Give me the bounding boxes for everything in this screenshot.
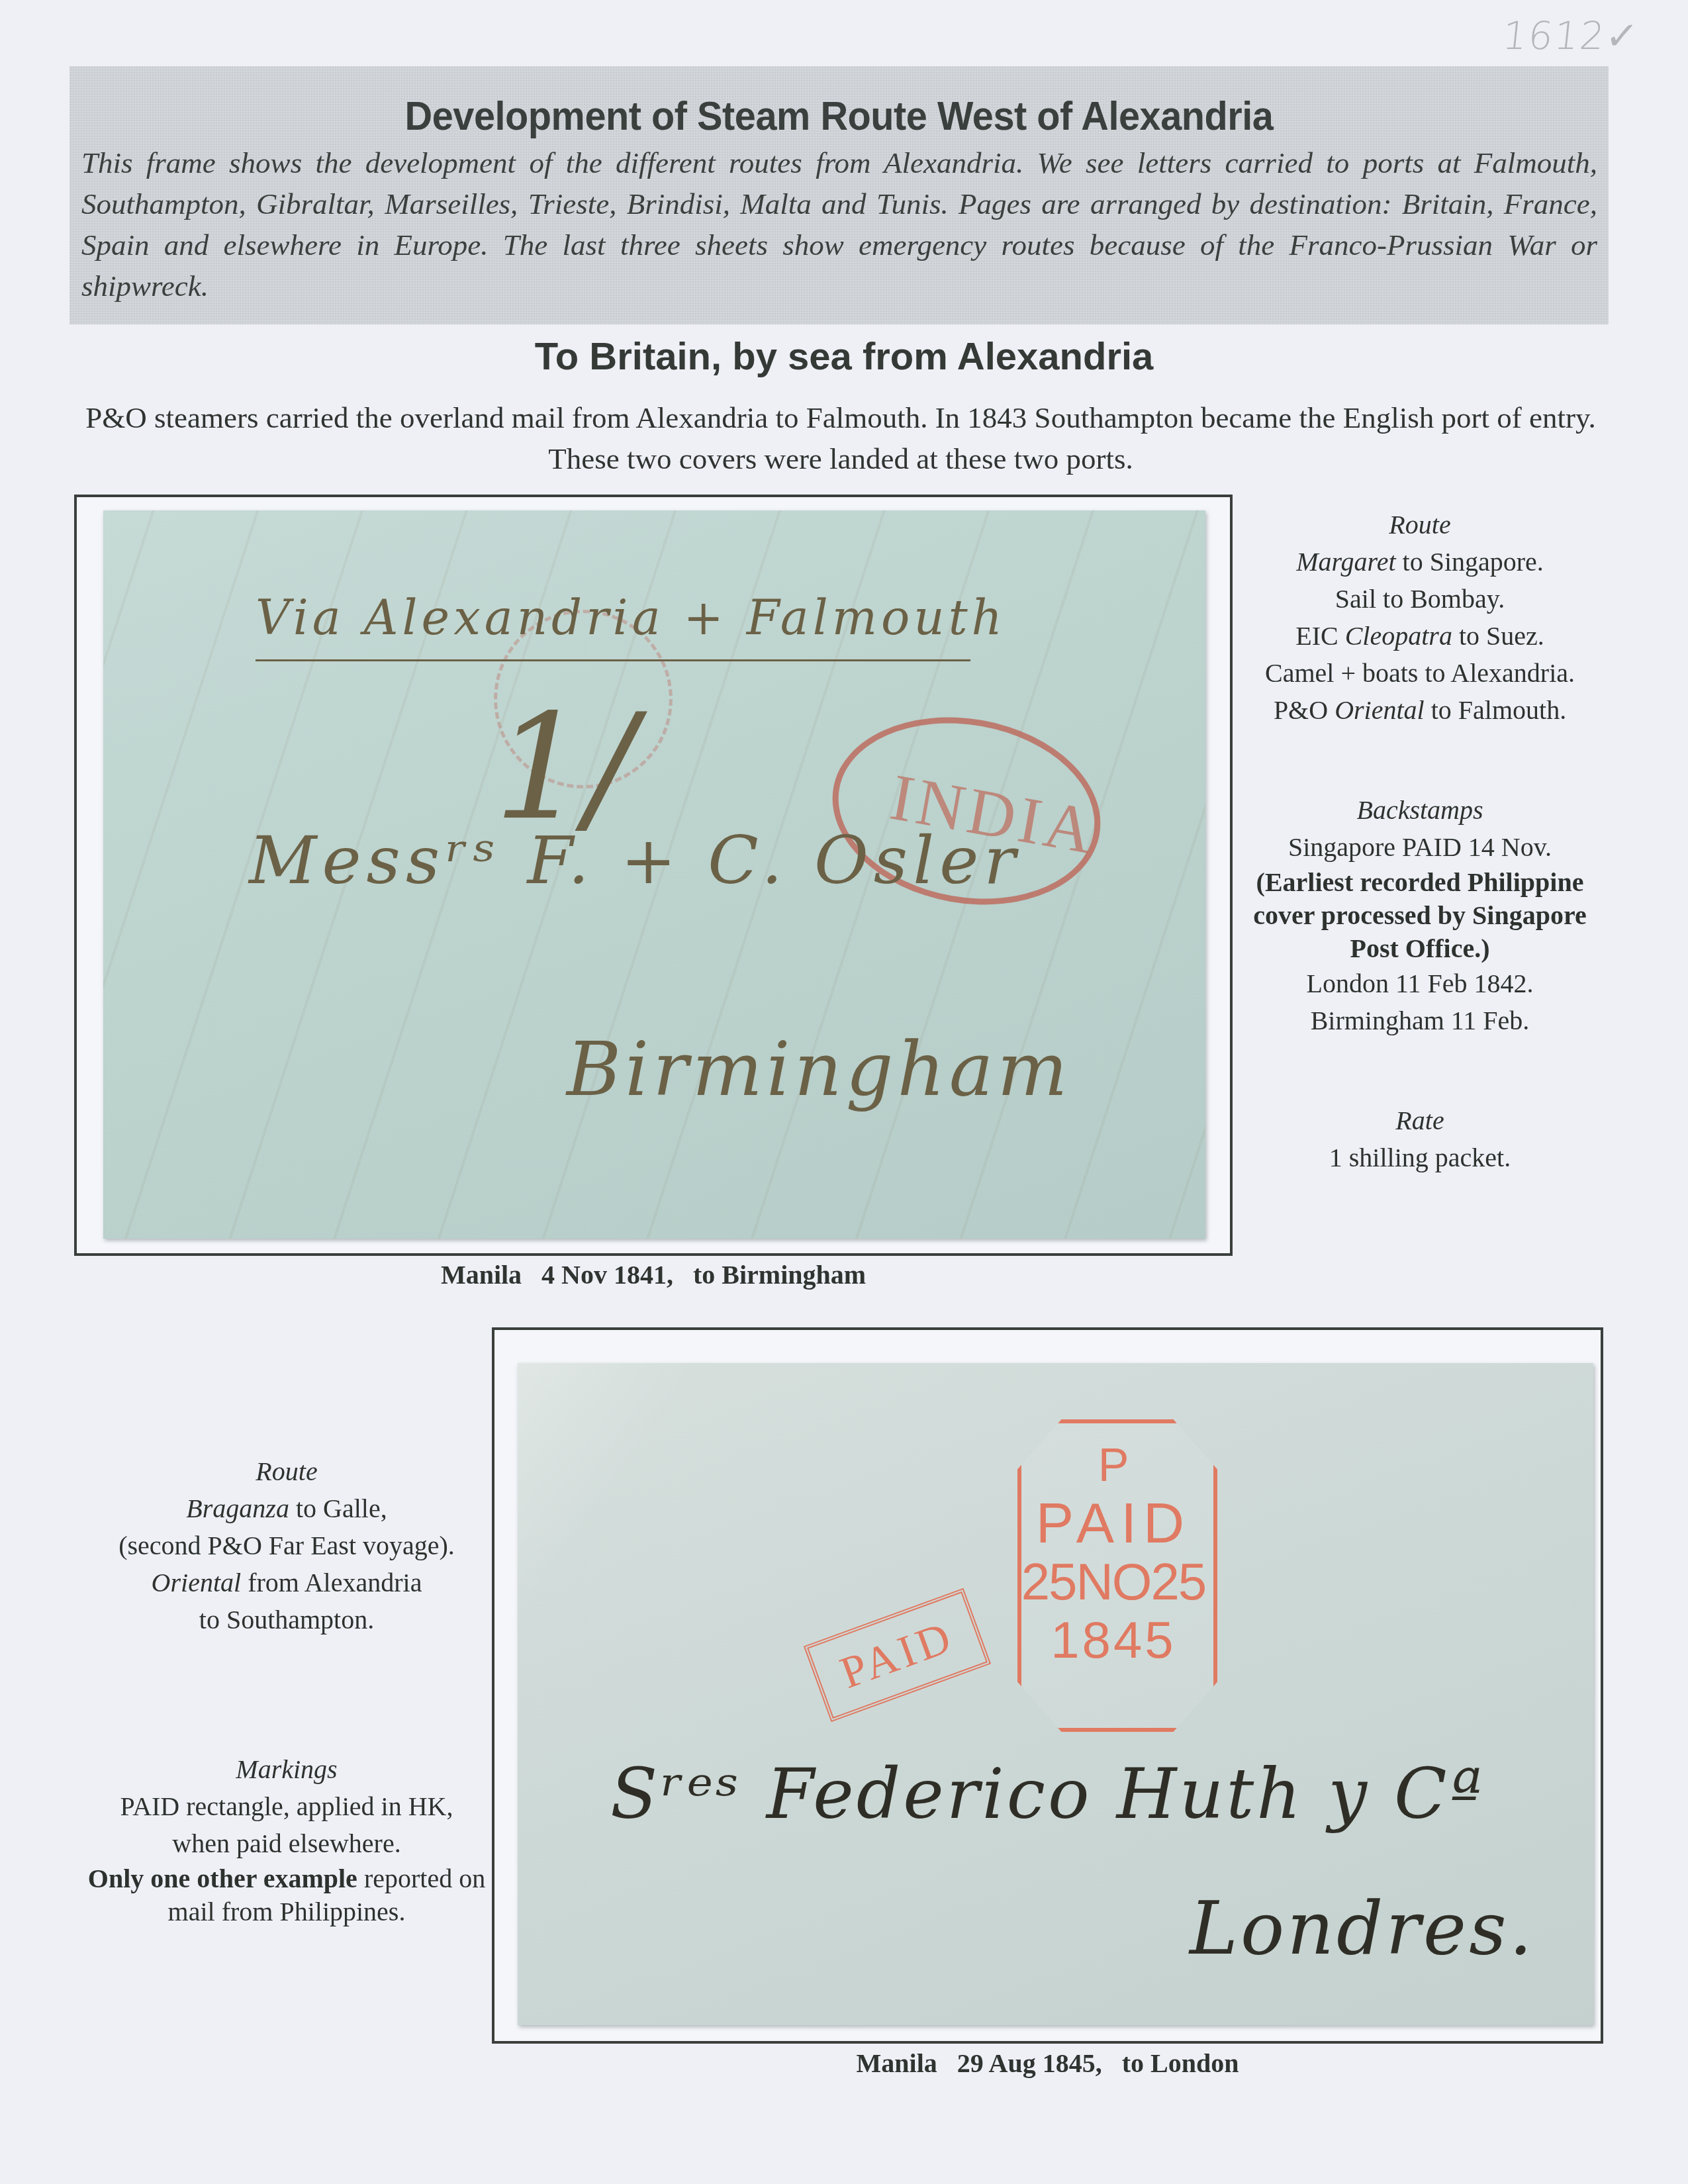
- pencil-inventory-note: 1612✓: [1500, 13, 1641, 58]
- route-line: Braganza to Galle,: [78, 1490, 495, 1527]
- destination-city: Londres.: [1190, 1886, 1535, 1971]
- route-text: P&O: [1274, 695, 1335, 725]
- route-line: to Southampton.: [78, 1601, 495, 1638]
- ship-name: Oriental: [152, 1568, 242, 1597]
- markings-line: when paid elsewhere.: [78, 1825, 495, 1862]
- london-paid-octagon-text: P PAID 25NO25 1845: [1017, 1436, 1209, 1669]
- rarity-bold: Only one other example: [88, 1864, 357, 1893]
- ship-name: Cleopatra: [1345, 621, 1452, 651]
- route-text: Camel + boats to Alexandria.: [1265, 658, 1575, 688]
- route-label: Route: [1244, 506, 1595, 544]
- cover-2-mount: P PAID 25NO25 1845 PAID Sʳᵉˢ Federico Hu…: [492, 1327, 1603, 2044]
- cover-2-notes: Route Braganza to Galle, (second P&O Far…: [78, 1453, 495, 1928]
- route-text: EIC: [1295, 621, 1344, 651]
- octagon-crown-p: P: [1017, 1436, 1209, 1494]
- routing-endorsement: Via Alexandria + Falmouth: [256, 590, 1006, 645]
- cover-1-mount: Via Alexandria + Falmouth INDIA 1/ Messʳ…: [74, 495, 1233, 1256]
- banner-description: This frame shows the development of the …: [81, 142, 1597, 307]
- route-text: to Singapore.: [1396, 547, 1544, 577]
- page-title: Development of Steam Route West of Alexa…: [123, 93, 1554, 140]
- markings-label: Markings: [78, 1751, 495, 1788]
- cover-1-image: Via Alexandria + Falmouth INDIA 1/ Messʳ…: [103, 510, 1205, 1239]
- octagon-date: 25NO25: [1017, 1552, 1209, 1611]
- route-line: EIC Cleopatra to Suez.: [1244, 618, 1595, 655]
- ship-name: Braganza: [186, 1494, 289, 1523]
- frame-intro-banner: Development of Steam Route West of Alexa…: [70, 66, 1609, 324]
- markings-rarity: Only one other example reported on mail …: [78, 1862, 495, 1928]
- rate-label: Rate: [1244, 1102, 1595, 1139]
- hk-paid-rectangle-handstamp: PAID: [804, 1588, 991, 1723]
- route-label: Route: [78, 1453, 495, 1490]
- section-heading: To Britain, by sea from Alexandria: [0, 334, 1688, 379]
- route-line: (second P&O Far East voyage).: [78, 1527, 495, 1564]
- cover-1-notes: Route Margaret to Singapore. Sail to Bom…: [1244, 506, 1595, 1176]
- cover-2-image: P PAID 25NO25 1845 PAID Sʳᵉˢ Federico Hu…: [518, 1363, 1593, 2025]
- rate-text: 1 shilling packet.: [1244, 1139, 1595, 1176]
- section-intro: P&O steamers carried the overland mail f…: [70, 397, 1612, 479]
- route-line: Margaret to Singapore.: [1244, 544, 1595, 581]
- route-text: to Galle,: [289, 1494, 387, 1523]
- destination-city: Birmingham: [567, 1027, 1072, 1113]
- ship-name: Oriental: [1335, 695, 1425, 725]
- route-text: from Alexandria: [241, 1568, 422, 1597]
- backstamps-label: Backstamps: [1244, 792, 1595, 829]
- addressee: Sʳᵉˢ Federico Huth y Cª: [610, 1754, 1485, 1834]
- route-text: to Falmouth.: [1425, 695, 1566, 725]
- octagon-paid: PAID: [1017, 1494, 1209, 1552]
- ship-name: Margaret: [1296, 547, 1395, 577]
- route-line: Camel + boats to Alexandria.: [1244, 655, 1595, 692]
- cover-2-caption: Manila 29 Aug 1845, to London: [492, 2048, 1603, 2079]
- backstamp-singapore: Singapore PAID 14 Nov.: [1244, 829, 1595, 866]
- route-line: Oriental from Alexandria: [78, 1564, 495, 1601]
- markings-line: PAID rectangle, applied in HK,: [78, 1788, 495, 1825]
- route-line: P&O Oriental to Falmouth.: [1244, 692, 1595, 729]
- cover-1-caption: Manila 4 Nov 1841, to Birmingham: [74, 1259, 1233, 1290]
- octagon-year: 1845: [1017, 1611, 1209, 1669]
- backstamp-birmingham: Birmingham 11 Feb.: [1244, 1002, 1595, 1039]
- routing-underline: [256, 659, 970, 661]
- addressee: Messʳˢ F. + C. Osler: [249, 822, 1021, 899]
- backstamp-london: London 11 Feb 1842.: [1244, 965, 1595, 1002]
- route-text: to Suez.: [1452, 621, 1544, 651]
- route-line: Sail to Bombay.: [1244, 581, 1595, 618]
- backstamp-significance: (Earliest recorded Philippine cover proc…: [1244, 866, 1595, 965]
- route-text: Sail to Bombay.: [1335, 584, 1505, 614]
